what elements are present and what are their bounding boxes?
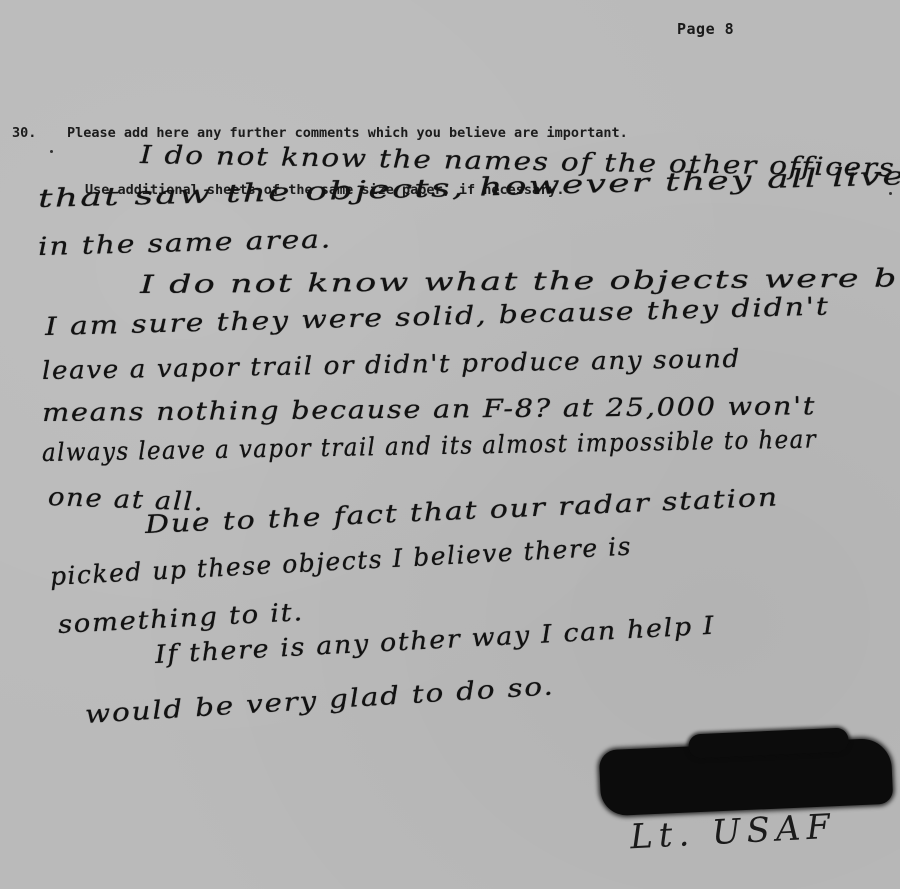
handwriting-line: Due to the fact that our radar station [144,482,779,539]
signature-rank: Lt. USAF [629,807,837,858]
signature-redaction [599,738,894,817]
handwriting-line: leave a vapor trail or didn't produce an… [42,344,741,385]
question-text: Please add here any further comments whi… [67,125,628,141]
handwriting-line: always leave a vapor trail and its almos… [42,424,818,467]
question-number: 30. [12,124,67,143]
handwriting-line: means nothing because an F-8? at 25,000 … [42,391,816,427]
handwriting-line: picked up these objects I believe there … [49,532,632,591]
speck [889,192,892,195]
handwriting-line: something to it. [57,597,304,639]
speck [50,150,53,153]
page-number: Page 8 [677,20,734,38]
question-line-1: 30.Please add here any further comments … [12,124,628,143]
handwriting-line: I am sure they were solid, because they … [45,291,830,341]
handwriting-line: would be very glad to do so. [84,671,555,729]
document-page: Page 8 30.Please add here any further co… [0,0,900,889]
